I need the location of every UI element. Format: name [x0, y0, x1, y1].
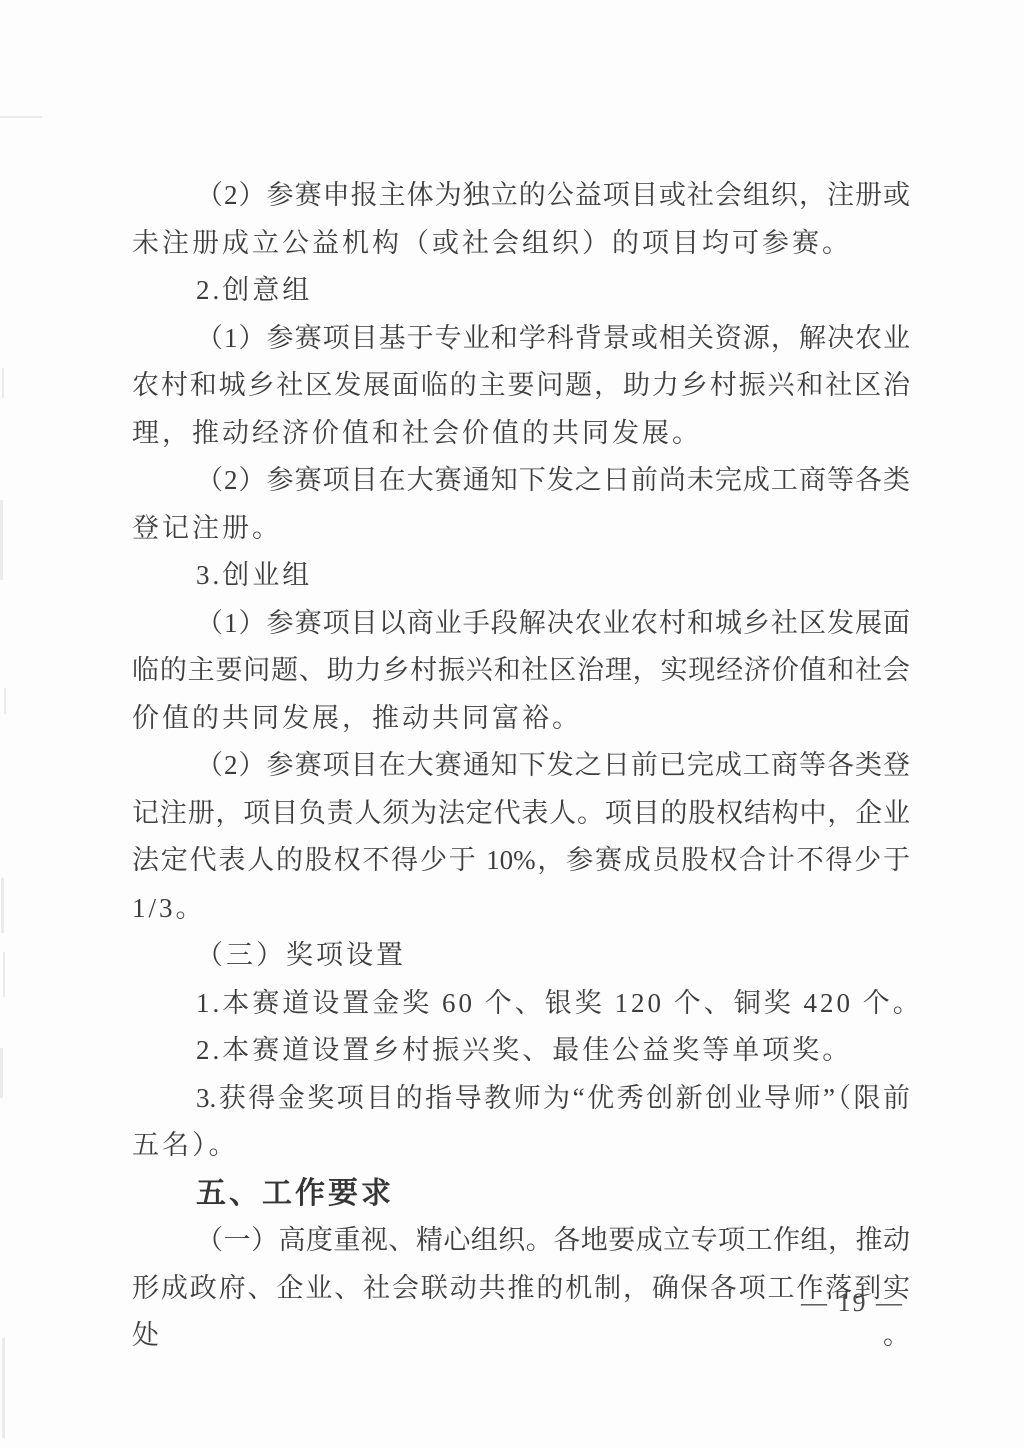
chapter-heading: 五、工作要求 [132, 1170, 910, 1218]
scan-artifact [0, 116, 42, 118]
scan-artifact [2, 1338, 5, 1438]
text-line: 农村和城乡社区发展面临的主要问题，助力乡村振兴和社区治 [132, 362, 910, 410]
text-line: （1）参赛项目基于专业和学科背景或相关资源，解决农业 [132, 315, 910, 363]
text-line: 记注册，项目负责人须为法定代表人。项目的股权结构中，企业 [132, 790, 910, 838]
text-line: 3.获得金奖项目的指导教师为“优秀创新创业导师”（限前 [132, 1075, 910, 1123]
text-line: 2.创意组 [132, 267, 910, 315]
scan-artifact [0, 500, 3, 580]
text-line: 1/3。 [132, 885, 910, 933]
section-heading: （三）奖项设置 [132, 932, 910, 980]
scan-artifact [0, 1048, 3, 1098]
text-line: 法定代表人的股权不得少于 10%，参赛成员股权合计不得少于 [132, 837, 910, 885]
text-line: （一）高度重视、精心组织。各地要成立专项工作组，推动 [132, 1217, 910, 1265]
text-line: （2）参赛项目在大赛通知下发之日前尚未完成工商等各类 [132, 457, 910, 505]
scan-artifact [4, 688, 6, 714]
text-line: 未注册成立公益机构（或社会组织）的项目均可参赛。 [132, 220, 910, 268]
scan-artifact [2, 368, 4, 398]
text-line: 2.本赛道设置乡村振兴奖、最佳公益奖等单项奖。 [132, 1027, 910, 1075]
text-line: 五名）。 [132, 1122, 910, 1170]
text-line: （2）参赛申报主体为独立的公益项目或社会组织，注册或 [132, 172, 910, 220]
text-line: 登记注册。 [132, 505, 910, 553]
scan-artifact [3, 952, 5, 997]
page-number: — 19 — [801, 1288, 904, 1318]
text-line: 3.创业组 [132, 552, 910, 600]
document-page: （2）参赛申报主体为独立的公益项目或社会组织，注册或 未注册成立公益机构（或社会… [0, 0, 1024, 1448]
text-line: 1.本赛道设置金奖 60 个、银奖 120 个、铜奖 420 个。 [132, 980, 910, 1028]
text-line: 价值的共同发展，推动共同富裕。 [132, 695, 910, 743]
text-line: （1）参赛项目以商业手段解决农业农村和城乡社区发展面 [132, 600, 910, 648]
text-line: 临的主要问题、助力乡村振兴和社区治理，实现经济价值和社会 [132, 647, 910, 695]
document-body: （2）参赛申报主体为独立的公益项目或社会组织，注册或 未注册成立公益机构（或社会… [132, 172, 910, 1312]
text-line: 理，推动经济价值和社会价值的共同发展。 [132, 410, 910, 458]
text-line: 形成政府、企业、社会联动共推的机制，确保各项工作落到实处。 [132, 1265, 910, 1313]
text-line: （2）参赛项目在大赛通知下发之日前已完成工商等各类登 [132, 742, 910, 790]
scan-artifact [1, 878, 4, 933]
